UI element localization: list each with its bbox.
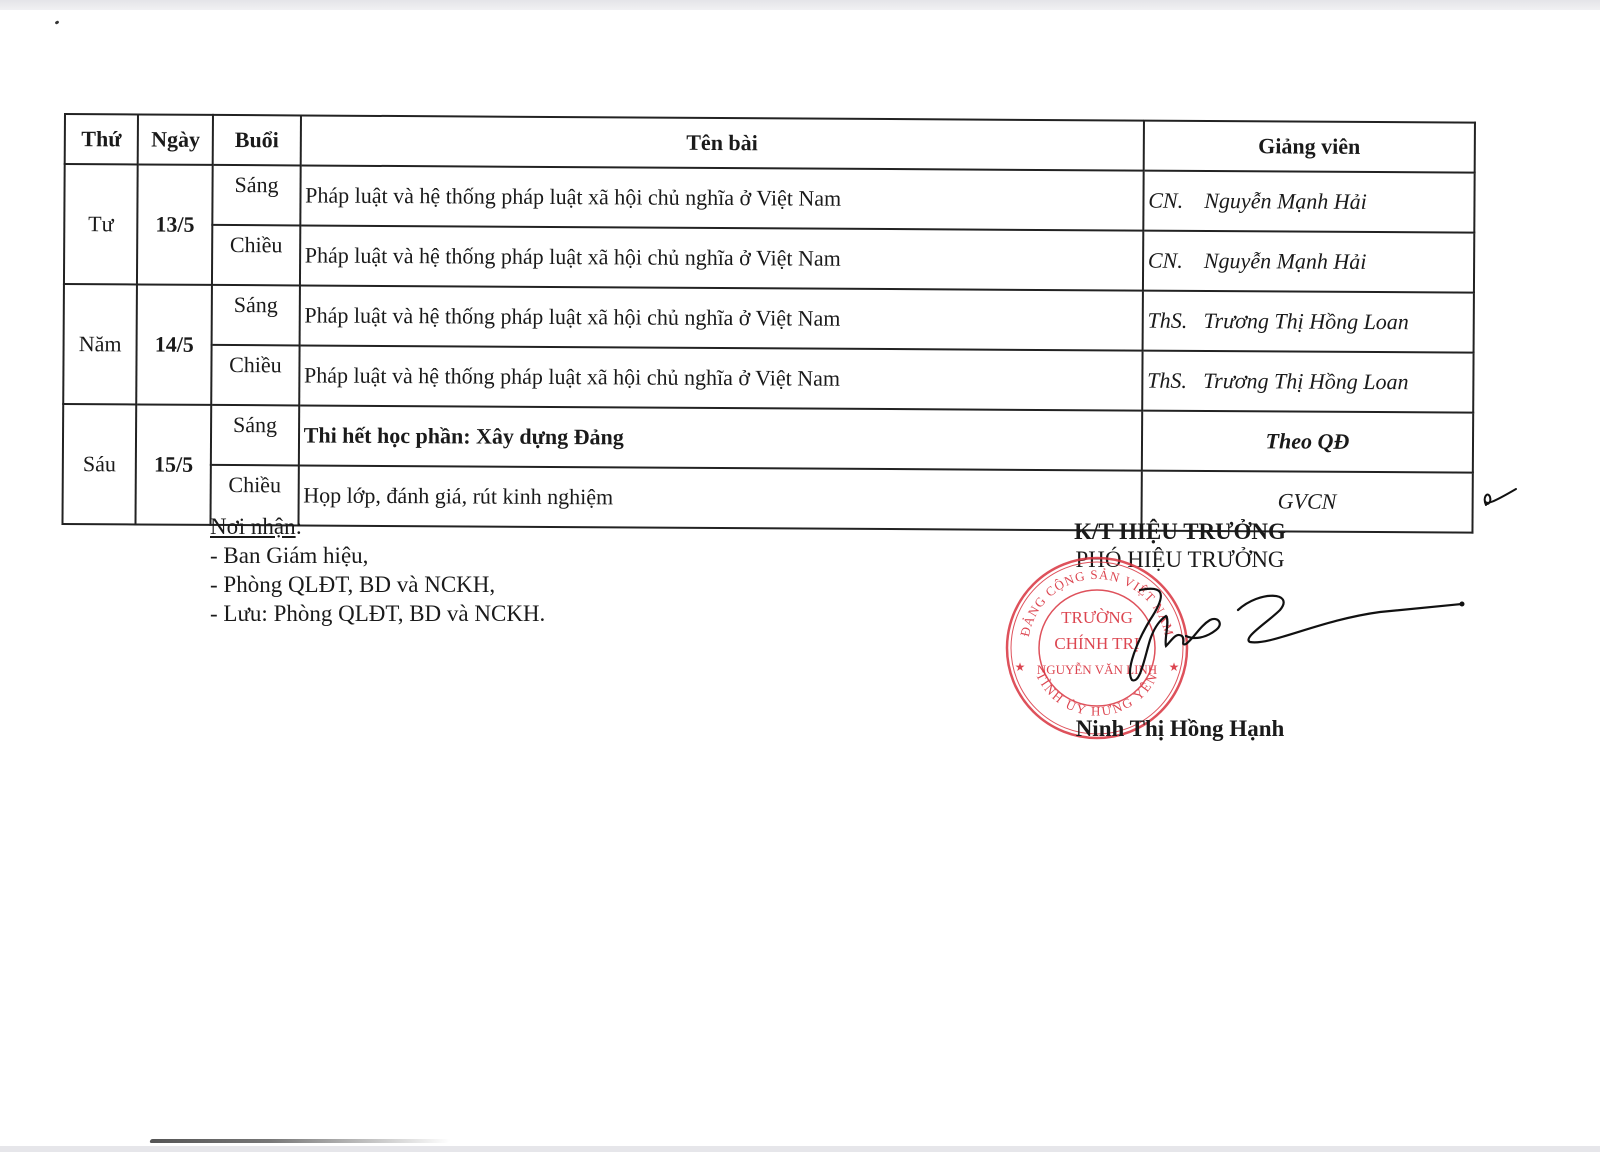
day-cell: Sáu <box>62 404 136 524</box>
recipient-item: - Lưu: Phòng QLĐT, BD và NCKH. <box>210 599 545 628</box>
bottom-edge <box>0 1146 1600 1152</box>
table-row: Năm 14/5 Sáng Pháp luật và hệ thống pháp… <box>64 284 1474 353</box>
recipients-heading: Nơi nhận <box>210 514 296 539</box>
header-ten-bai: Tên bài <box>300 115 1143 170</box>
scan-shadow <box>149 1139 450 1143</box>
table-row: Chiều Pháp luật và hệ thống pháp luật xã… <box>63 344 1473 413</box>
table-header-row: Thứ Ngày Buổi Tên bài Giảng viên <box>65 114 1475 173</box>
session-cell: Chiều <box>212 225 300 286</box>
top-edge <box>0 0 1600 10</box>
lesson-cell: Pháp luật và hệ thống pháp luật xã hội c… <box>300 165 1143 230</box>
scan-speck <box>55 20 60 25</box>
handwritten-signature-icon <box>1120 580 1510 710</box>
session-cell: Sáng <box>211 405 299 466</box>
signer-name: Ninh Thị Hồng Hạnh <box>1040 716 1320 742</box>
lecturer-name: Nguyễn Mạnh Hải <box>1204 188 1367 214</box>
lesson-cell: Pháp luật và hệ thống pháp luật xã hội c… <box>300 225 1143 290</box>
day-cell: Tư <box>64 164 138 284</box>
lecturer-name: Nguyễn Mạnh Hải <box>1204 248 1367 274</box>
lecturer-name: Trương Thị Hồng Loan <box>1203 308 1408 334</box>
lecturer-title: ThS. <box>1147 368 1203 394</box>
recipient-item: - Ban Giám hiệu, <box>210 541 545 570</box>
signature-line1: K/T HIỆU TRƯỞNG <box>1040 518 1320 546</box>
lecturer-cell: CN.Nguyễn Mạnh Hải <box>1143 231 1475 293</box>
session-cell: Chiều <box>212 345 300 406</box>
lesson-cell: Pháp luật và hệ thống pháp luật xã hội c… <box>299 345 1142 410</box>
header-thu: Thứ <box>65 114 138 164</box>
lecturer-title: CN. <box>1148 188 1204 214</box>
svg-text:★: ★ <box>1015 660 1026 674</box>
lecturer-cell: Theo QĐ <box>1142 411 1474 473</box>
recipient-item: - Phòng QLĐT, BD và NCKH, <box>210 570 545 599</box>
schedule-table: Thứ Ngày Buổi Tên bài Giảng viên Tư 13/5… <box>61 113 1475 534</box>
lecturer-title: ThS. <box>1147 308 1203 334</box>
lesson-cell: Pháp luật và hệ thống pháp luật xã hội c… <box>299 285 1142 350</box>
header-ngay: Ngày <box>138 114 213 164</box>
lecturer-cell: ThS.Trương Thị Hồng Loan <box>1142 351 1474 413</box>
header-giang-vien: Giảng viên <box>1143 121 1474 173</box>
lecturer-title: CN. <box>1148 248 1204 274</box>
date-cell: 14/5 <box>136 284 212 404</box>
table-row: Chiều Pháp luật và hệ thống pháp luật xã… <box>64 224 1474 293</box>
header-buoi: Buổi <box>213 115 301 166</box>
session-cell: Sáng <box>213 165 301 226</box>
lesson-cell: Thi hết học phần: Xây dựng Đảng <box>299 405 1142 470</box>
date-cell: 15/5 <box>136 404 212 524</box>
initial-mark-icon <box>1480 483 1520 513</box>
recipients-block: Nơi nhận: - Ban Giám hiệu, - Phòng QLĐT,… <box>210 512 545 628</box>
lecturer-cell: CN.Nguyễn Mạnh Hải <box>1143 171 1475 233</box>
lecturer-cell: ThS.Trương Thị Hồng Loan <box>1142 291 1474 353</box>
lecturer-name: Trương Thị Hồng Loan <box>1203 368 1408 394</box>
date-cell: 13/5 <box>137 164 213 284</box>
table-row: Sáu 15/5 Sáng Thi hết học phần: Xây dựng… <box>63 404 1473 473</box>
day-cell: Năm <box>63 284 137 404</box>
session-cell: Sáng <box>212 285 300 346</box>
table-row: Tư 13/5 Sáng Pháp luật và hệ thống pháp … <box>64 164 1474 233</box>
